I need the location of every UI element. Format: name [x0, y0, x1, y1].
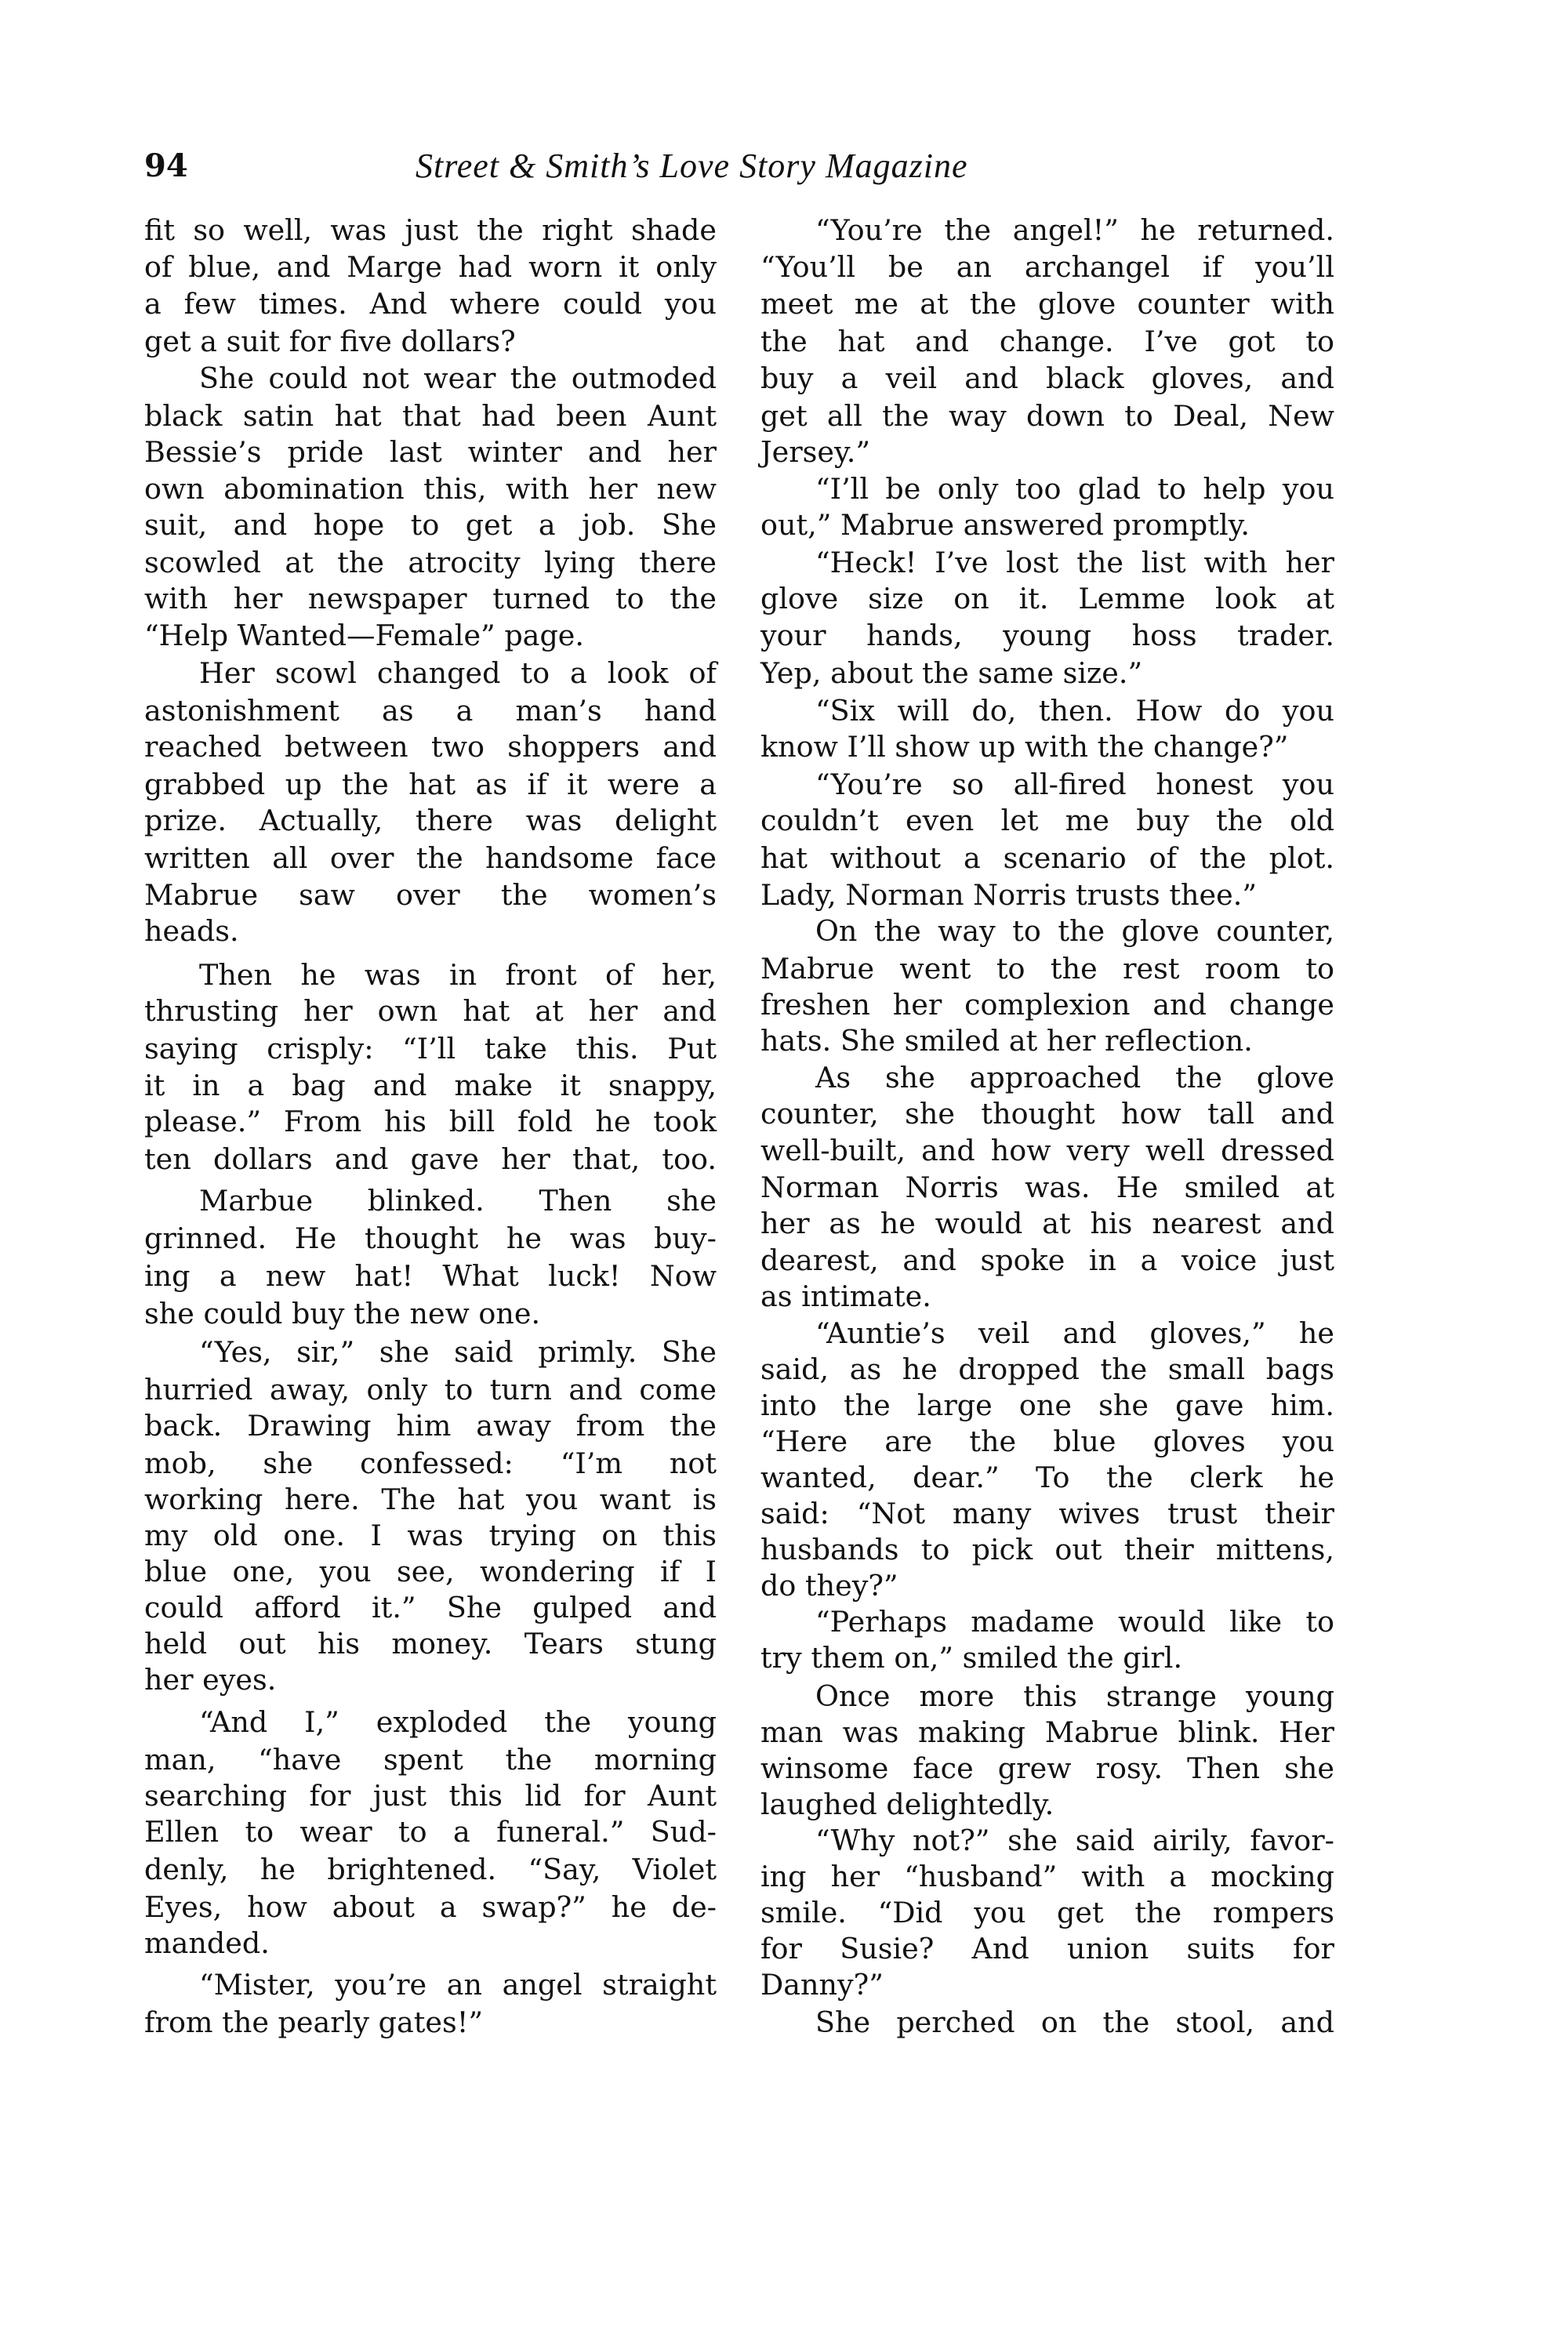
text-line: reached between two shoppers and: [144, 728, 717, 765]
text-line: Mabrue saw over the women’s: [144, 877, 717, 913]
text-line: buy a veil and black gloves, and: [760, 360, 1334, 397]
text-line-content: she could buy the new one.: [144, 1295, 717, 1332]
text-line: your hands, young hoss trader.: [760, 617, 1334, 654]
text-line: prize. Actually, there was delight: [144, 802, 717, 839]
text-line-content: man was making Mabrue blink. Her: [760, 1714, 1334, 1751]
text-line-content: winsome face grew rosy. Then she: [760, 1750, 1334, 1787]
text-line: “Perhaps madame would like to: [760, 1603, 1334, 1640]
text-line-content: “Perhaps madame would like to: [815, 1603, 1334, 1640]
text-line-content: hat without a scenario of the plot.: [760, 840, 1334, 877]
text-line: with her newspaper turned to the: [144, 580, 717, 617]
text-line: “Here are the blue gloves you: [760, 1423, 1334, 1460]
text-line: laughed delightedly.: [760, 1786, 1334, 1823]
text-line: out,” Mabrue answered promptly.: [760, 506, 1334, 543]
text-line-content: man, “have spent the morning: [144, 1741, 717, 1778]
text-line: “You’re the angel!” he returned.: [760, 212, 1334, 249]
text-line: smile. “Did you get the rompers: [760, 1894, 1334, 1931]
text-line: Marbue blinked. Then she: [144, 1182, 717, 1219]
text-line: a few times. And where could you: [144, 285, 717, 322]
text-line: back. Drawing him away from the: [144, 1407, 717, 1444]
text-line-content: written all over the handsome face: [144, 840, 717, 877]
running-header-title: Street & Smith’s Love Story Magazine: [416, 147, 1121, 185]
text-line: Yep, about the same size.”: [760, 655, 1334, 691]
text-line-content: with her newspaper turned to the: [144, 580, 717, 617]
text-line-content: freshen her complexion and change: [760, 986, 1334, 1023]
text-line-content: Mabrue saw over the women’s: [144, 877, 717, 913]
text-line: of blue, and Marge had worn it only: [144, 249, 717, 285]
text-line-content: it in a bag and make it snappy,: [144, 1067, 717, 1104]
text-line-content: laughed delightedly.: [760, 1786, 1334, 1823]
text-line: get a suit for five dollars?: [144, 323, 717, 360]
text-line: “You’re so all-fired honest you: [760, 766, 1334, 803]
text-line: as intimate.: [760, 1278, 1334, 1315]
text-line: held out his money. Tears stung: [144, 1625, 717, 1662]
text-line-content: ten dollars and gave her that, too.: [144, 1141, 717, 1178]
text-line: On the way to the glove counter,: [760, 913, 1334, 949]
text-line-content: couldn’t even let me buy the old: [760, 802, 1334, 839]
text-line-content: “Auntie’s veil and gloves,” he: [815, 1315, 1334, 1352]
text-line: Bessie’s pride last winter and her: [144, 434, 717, 470]
text-line: Once more this strange young: [760, 1678, 1334, 1715]
text-line-content: get all the way down to Deal, New: [760, 397, 1334, 434]
text-line: Ellen to wear to a funeral.” Sud-: [144, 1813, 717, 1850]
text-line: winsome face grew rosy. Then she: [760, 1750, 1334, 1787]
text-line: said: “Not many wives trust their: [760, 1495, 1334, 1532]
text-line-content: She could not wear the outmoded: [199, 360, 717, 397]
text-line-content: Mabrue went to the rest room to: [760, 950, 1334, 987]
text-line-content: denly, he brightened. “Say, Violet: [144, 1851, 717, 1888]
text-line-content: “Mister, you’re an angel straight: [199, 1966, 717, 2003]
text-line: “Help Wanted—Female” page.: [144, 617, 717, 654]
text-line-content: the hat and change. I’ve got to: [760, 323, 1334, 360]
text-line: “Six will do, then. How do you: [760, 692, 1334, 729]
text-line: man was making Mabrue blink. Her: [760, 1714, 1334, 1751]
text-line-content: a few times. And where could you: [144, 285, 717, 322]
text-line-content: said, as he dropped the small bags: [760, 1351, 1334, 1388]
text-line-content: hats. She smiled at her reflection.: [760, 1022, 1334, 1059]
text-line-content: She perched on the stool, and: [815, 2004, 1334, 2041]
text-line: Eyes, how about a swap?” he de-: [144, 1889, 717, 1926]
text-line: Jersey.”: [760, 434, 1334, 470]
text-line-content: Lady, Norman Norris trusts thee.”: [760, 877, 1334, 913]
text-line: hats. She smiled at her reflection.: [760, 1022, 1334, 1059]
text-line-content: prize. Actually, there was delight: [144, 802, 717, 839]
text-line-content: hurried away, only to turn and come: [144, 1371, 717, 1408]
text-line: do they?”: [760, 1567, 1334, 1604]
text-line-content: try them on,” smiled the girl.: [760, 1639, 1334, 1676]
text-line: get all the way down to Deal, New: [760, 397, 1334, 434]
text-line-content: saying crisply: “I’ll take this. Put: [144, 1030, 717, 1067]
text-line: Lady, Norman Norris trusts thee.”: [760, 877, 1334, 913]
page-number: 94: [144, 147, 188, 185]
text-line: glove size on it. Lemme look at: [760, 580, 1334, 617]
text-line-content: Then he was in front of her,: [199, 956, 717, 993]
text-line-content: for Susie? And union suits for: [760, 1930, 1334, 1967]
text-line-content: buy a veil and black gloves, and: [760, 360, 1334, 397]
text-line: meet me at the glove counter with: [760, 285, 1334, 322]
text-line-content: “You’re the angel!” he returned.: [815, 212, 1334, 249]
text-line: Then he was in front of her,: [144, 956, 717, 993]
text-line-content: get a suit for five dollars?: [144, 323, 717, 360]
text-line-content: Eyes, how about a swap?” he de-: [144, 1889, 717, 1926]
text-line-content: “Six will do, then. How do you: [815, 692, 1334, 729]
text-line-content: well-built, and how very well dressed: [760, 1132, 1334, 1169]
text-line-content: of blue, and Marge had worn it only: [144, 249, 717, 285]
text-line-content: out,” Mabrue answered promptly.: [760, 506, 1334, 543]
text-line-content: On the way to the glove counter,: [815, 913, 1334, 949]
text-line: ing her “husband” with a mocking: [760, 1858, 1334, 1895]
text-line-content: suit, and hope to get a job. She: [144, 506, 717, 543]
text-line-content: do they?”: [760, 1567, 1334, 1604]
text-line-content: “Help Wanted—Female” page.: [144, 617, 717, 654]
text-line: suit, and hope to get a job. She: [144, 506, 717, 543]
text-line: written all over the handsome face: [144, 840, 717, 877]
text-line: “I’ll be only too glad to help you: [760, 470, 1334, 507]
text-line: try them on,” smiled the girl.: [760, 1639, 1334, 1676]
text-line: ing a new hat! What luck! Now: [144, 1258, 717, 1294]
text-line-content: reached between two shoppers and: [144, 728, 717, 765]
text-line-content: could afford it.” She gulped and: [144, 1589, 717, 1626]
text-line-content: own abomination this, with her new: [144, 470, 717, 507]
text-line: said, as he dropped the small bags: [760, 1351, 1334, 1388]
text-line: husbands to pick out their mittens,: [760, 1531, 1334, 1568]
text-line: man, “have spent the morning: [144, 1741, 717, 1778]
text-line: mob, she confessed: “I’m not: [144, 1445, 717, 1482]
text-line: heads.: [144, 913, 717, 949]
text-line-content: thrusting her own hat at her and: [144, 993, 717, 1029]
text-line: ten dollars and gave her that, too.: [144, 1141, 717, 1178]
text-line: own abomination this, with her new: [144, 470, 717, 507]
magazine-page: 94 Street & Smith’s Love Story Magazine …: [0, 0, 1568, 2352]
text-line-content: Norman Norris was. He smiled at: [760, 1169, 1334, 1206]
text-line-content: Once more this strange young: [815, 1678, 1334, 1715]
text-line-content: “You’ll be an archangel if you’ll: [760, 249, 1334, 285]
text-line: She perched on the stool, and: [760, 2004, 1334, 2041]
text-line-content: ing her “husband” with a mocking: [760, 1858, 1334, 1895]
text-line: Danny?”: [760, 1966, 1334, 2003]
text-line-content: Ellen to wear to a funeral.” Sud-: [144, 1813, 717, 1850]
text-line-content: held out his money. Tears stung: [144, 1625, 717, 1662]
text-line: counter, she thought how tall and: [760, 1095, 1334, 1132]
text-line: wanted, dear.” To the clerk he: [760, 1459, 1334, 1496]
text-line-content: counter, she thought how tall and: [760, 1095, 1334, 1132]
text-line: denly, he brightened. “Say, Violet: [144, 1851, 717, 1888]
text-line-content: my old one. I was trying on this: [144, 1517, 717, 1554]
text-line-content: mob, she confessed: “I’m not: [144, 1445, 717, 1482]
text-line-content: as intimate.: [760, 1278, 1334, 1315]
text-line-content: “You’re so all-fired honest you: [815, 766, 1334, 803]
text-line-content: dearest, and spoke in a voice just: [760, 1242, 1334, 1279]
text-line: she could buy the new one.: [144, 1295, 717, 1332]
text-line-content: smile. “Did you get the rompers: [760, 1894, 1334, 1931]
text-line-content: from the pearly gates!”: [144, 2004, 717, 2041]
text-line: for Susie? And union suits for: [760, 1930, 1334, 1967]
text-line-content: “Yes, sir,” she said primly. She: [199, 1334, 717, 1370]
text-line-content: said: “Not many wives trust their: [760, 1495, 1334, 1532]
text-line: fit so well, was just the right shade: [144, 212, 717, 249]
text-line: the hat and change. I’ve got to: [760, 323, 1334, 360]
text-line: working here. The hat you want is: [144, 1481, 717, 1518]
text-line-content: astonishment as a man’s hand: [144, 692, 717, 729]
text-line: couldn’t even let me buy the old: [760, 802, 1334, 839]
text-line-content: blue one, you see, wondering if I: [144, 1553, 717, 1590]
text-line-content: Bessie’s pride last winter and her: [144, 434, 717, 470]
text-line: her as he would at his nearest and: [760, 1205, 1334, 1242]
text-line-content: fit so well, was just the right shade: [144, 212, 717, 249]
text-line-content: “Here are the blue gloves you: [760, 1423, 1334, 1460]
text-line: saying crisply: “I’ll take this. Put: [144, 1030, 717, 1067]
text-line: “Yes, sir,” she said primly. She: [144, 1334, 717, 1370]
text-line-content: Marbue blinked. Then she: [199, 1182, 717, 1219]
text-line: into the large one she gave him.: [760, 1387, 1334, 1424]
text-line: Her scowl changed to a look of: [144, 655, 717, 691]
text-line: grinned. He thought he was buy-: [144, 1220, 717, 1257]
text-line-content: into the large one she gave him.: [760, 1387, 1334, 1424]
text-line: searching for just this lid for Aunt: [144, 1777, 717, 1814]
text-line: could afford it.” She gulped and: [144, 1589, 717, 1626]
text-line: her eyes.: [144, 1661, 717, 1698]
text-line-content: know I’ll show up with the change?”: [760, 728, 1334, 765]
text-line-content: grabbed up the hat as if it were a: [144, 766, 717, 803]
text-line: As she approached the glove: [760, 1059, 1334, 1096]
text-line: Norman Norris was. He smiled at: [760, 1169, 1334, 1206]
text-line-content: black satin hat that had been Aunt: [144, 397, 717, 434]
text-line: “You’ll be an archangel if you’ll: [760, 249, 1334, 285]
text-line: “Auntie’s veil and gloves,” he: [760, 1315, 1334, 1352]
text-line-content: grinned. He thought he was buy-: [144, 1220, 717, 1257]
text-line-content: searching for just this lid for Aunt: [144, 1777, 717, 1814]
text-line: black satin hat that had been Aunt: [144, 397, 717, 434]
text-line-content: manded.: [144, 1925, 717, 1962]
text-line-content: heads.: [144, 913, 717, 949]
text-line-content: Jersey.”: [760, 434, 1334, 470]
text-line-content: her as he would at his nearest and: [760, 1205, 1334, 1242]
text-line-content: “And I,” exploded the young: [199, 1704, 717, 1740]
text-line-content: please.” From his bill fold he took: [144, 1103, 717, 1140]
text-line: blue one, you see, wondering if I: [144, 1553, 717, 1590]
text-line-content: glove size on it. Lemme look at: [760, 580, 1334, 617]
text-line: freshen her complexion and change: [760, 986, 1334, 1023]
text-line: hat without a scenario of the plot.: [760, 840, 1334, 877]
text-line-content: “Why not?” she said airily, favor-: [815, 1822, 1334, 1859]
text-line: well-built, and how very well dressed: [760, 1132, 1334, 1169]
text-line: “And I,” exploded the young: [144, 1704, 717, 1740]
text-line: “Why not?” she said airily, favor-: [760, 1822, 1334, 1859]
text-line: it in a bag and make it snappy,: [144, 1067, 717, 1104]
text-line-content: back. Drawing him away from the: [144, 1407, 717, 1444]
text-line-content: scowled at the atrocity lying there: [144, 544, 717, 581]
text-line-content: her eyes.: [144, 1661, 717, 1698]
text-line: know I’ll show up with the change?”: [760, 728, 1334, 765]
text-line-content: working here. The hat you want is: [144, 1481, 717, 1518]
text-line: astonishment as a man’s hand: [144, 692, 717, 729]
text-line: grabbed up the hat as if it were a: [144, 766, 717, 803]
text-line-content: husbands to pick out their mittens,: [760, 1531, 1334, 1568]
text-line: manded.: [144, 1925, 717, 1962]
text-line-content: Yep, about the same size.”: [760, 655, 1334, 691]
text-line-content: your hands, young hoss trader.: [760, 617, 1334, 654]
text-line-content: ing a new hat! What luck! Now: [144, 1258, 717, 1294]
text-line: please.” From his bill fold he took: [144, 1103, 717, 1140]
text-line-content: “I’ll be only too glad to help you: [815, 470, 1334, 507]
text-line-content: wanted, dear.” To the clerk he: [760, 1459, 1334, 1496]
text-line-content: Her scowl changed to a look of: [199, 655, 717, 691]
text-line-content: Danny?”: [760, 1966, 1334, 2003]
text-line-content: “Heck! I’ve lost the list with her: [815, 544, 1334, 581]
text-line-content: meet me at the glove counter with: [760, 285, 1334, 322]
text-line: scowled at the atrocity lying there: [144, 544, 717, 581]
text-line: “Mister, you’re an angel straight: [144, 1966, 717, 2003]
text-line: dearest, and spoke in a voice just: [760, 1242, 1334, 1279]
text-line-content: As she approached the glove: [815, 1059, 1334, 1096]
text-line: “Heck! I’ve lost the list with her: [760, 544, 1334, 581]
text-line: my old one. I was trying on this: [144, 1517, 717, 1554]
text-line: Mabrue went to the rest room to: [760, 950, 1334, 987]
text-line: hurried away, only to turn and come: [144, 1371, 717, 1408]
text-line: thrusting her own hat at her and: [144, 993, 717, 1029]
text-line: from the pearly gates!”: [144, 2004, 717, 2041]
text-line: She could not wear the outmoded: [144, 360, 717, 397]
